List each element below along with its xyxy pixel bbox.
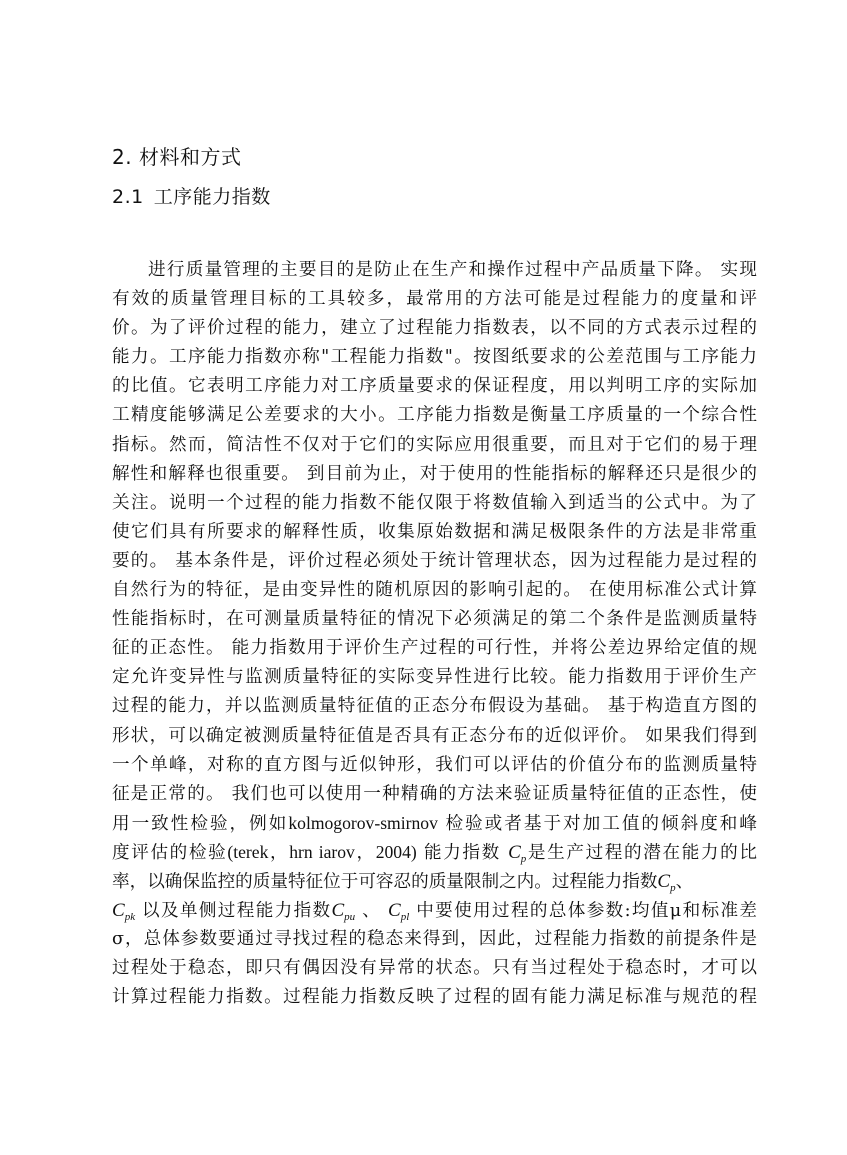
text-span: 度评估的检验	[112, 843, 227, 863]
text-line: 计算过程能力指数。过程能力指数反映了过程的固有能力满足标准与规范的程	[112, 983, 757, 1012]
body-paragraph: 进行质量管理的主要目的是防止在生产和操作过程中产品质量下降。 实现 有效的质量管…	[112, 256, 757, 1012]
text-line: 工精度能够满足公差要求的大小。工序能力指数是衡量工序质量的一个综合性	[112, 401, 757, 430]
text-span: 以及单侧过程能力指数	[135, 901, 331, 921]
text-line: 自然行为的特征，是由变异性的随机原因的影响引起的。 在使用标准公式计算	[112, 576, 757, 605]
formula-cp: Cp	[508, 842, 526, 863]
formula-cpu: Cpu	[331, 900, 355, 921]
citation: (terek，hrn iarov，2004)	[227, 842, 416, 862]
document-page: 2. 材料和方式 2.1工序能力指数 进行质量管理的主要目的是防止在生产和操作过…	[0, 0, 847, 1155]
text-span: 、	[355, 901, 388, 921]
text-line: 过程处于稳态，即只有偶因没有异常的状态。只有当过程处于稳态时，才可以	[112, 954, 757, 983]
text-span: 是生产过程的潜在能力的比	[526, 843, 757, 863]
text-line: 有效的质量管理目标的工具较多，最常用的方法可能是过程能力的度量和评	[112, 285, 757, 314]
text-line: 解性和解释也很重要。 到目前为止，对于使用的性能指标的解释还只是很少的	[112, 460, 757, 489]
text-line: 进行质量管理的主要目的是防止在生产和操作过程中产品质量下降。 实现	[112, 256, 757, 285]
text-line: 度评估的检验(terek，hrn iarov，2004) 能力指数 Cp是生产过…	[112, 838, 757, 867]
subsection-number: 2.1	[112, 186, 144, 208]
text-line: 过程的能力，并以监测质量特征值的正态分布假设为基础。 基于构造直方图的	[112, 692, 757, 721]
text-line: 定允许变异性与监测质量特征的实际变异性进行比较。能力指数用于评价生产	[112, 663, 757, 692]
text-line: 征的正态性。 能力指数用于评价生产过程的可行性，并将公差边界给定值的规	[112, 634, 757, 663]
text-span: 用一致性检验，例如	[112, 814, 288, 834]
text-line: 能力。工序能力指数亦称"工程能力指数"。按图纸要求的公差范围与工序能力	[112, 343, 757, 372]
text-line: 形状，可以确定被测质量特征值是否具有正态分布的近似评价。 如果我们得到	[112, 722, 757, 751]
formula-cp: Cp	[657, 871, 675, 892]
text-span: 、	[676, 872, 694, 892]
text-line: 用一致性检验，例如kolmogorov-smirnov 检验或者基于对加工值的倾…	[112, 809, 757, 838]
formula-cpl: Cpl	[388, 900, 409, 921]
text-line: 价。为了评价过程的能力，建立了过程能力指数表，以不同的方式表示过程的	[112, 314, 757, 343]
subsection-heading: 2.1工序能力指数	[112, 182, 271, 209]
text-span: 率，以确保监控的质量特征位于可容忍的质量限制之内。过程能力指数	[112, 872, 657, 892]
formula-cpk: Cpk	[112, 900, 135, 921]
text-line: 性能指标时，在可测量质量特征的情况下必须满足的第二个条件是监测质量特	[112, 605, 757, 634]
text-span: 检验或者基于对加工值的倾斜度和峰	[438, 814, 757, 834]
text-span: 中要使用过程的总体参数:均值μ和标准差	[409, 901, 757, 921]
text-line: 的比值。它表明工序能力对工序质量要求的保证程度，用以判明工序的实际加	[112, 372, 757, 401]
text-line: 要的。 基本条件是，评价过程必须处于统计管理状态，因为过程能力是过程的	[112, 547, 757, 576]
text-line: 指标。然而，简洁性不仅对于它们的实际应用很重要，而且对于它们的易于理	[112, 431, 757, 460]
text-line: 使它们具有所要求的解释性质，收集原始数据和满足极限条件的方法是非常重	[112, 518, 757, 547]
text-line: 一个单峰，对称的直方图与近似钟形，我们可以评估的价值分布的监测质量特	[112, 751, 757, 780]
text-line: 征是正常的。 我们也可以使用一种精确的方法来验证质量特征值的正态性，使	[112, 780, 757, 809]
text-line: σ，总体参数要通过寻找过程的稳态来得到，因此，过程能力指数的前提条件是	[112, 925, 757, 954]
subsection-title: 工序能力指数	[154, 186, 271, 208]
text-line: Cpk 以及单侧过程能力指数Cpu 、 Cpl 中要使用过程的总体参数:均值μ和…	[112, 896, 757, 925]
test-name: kolmogorov-smirnov	[288, 813, 438, 833]
text-span: 能力指数	[417, 843, 508, 863]
text-line: 率，以确保监控的质量特征位于可容忍的质量限制之内。过程能力指数Cp、	[112, 867, 757, 896]
section-heading: 2. 材料和方式	[112, 141, 241, 170]
text-line: 关注。说明一个过程的能力指数不能仅限于将数值输入到适当的公式中。为了	[112, 489, 757, 518]
